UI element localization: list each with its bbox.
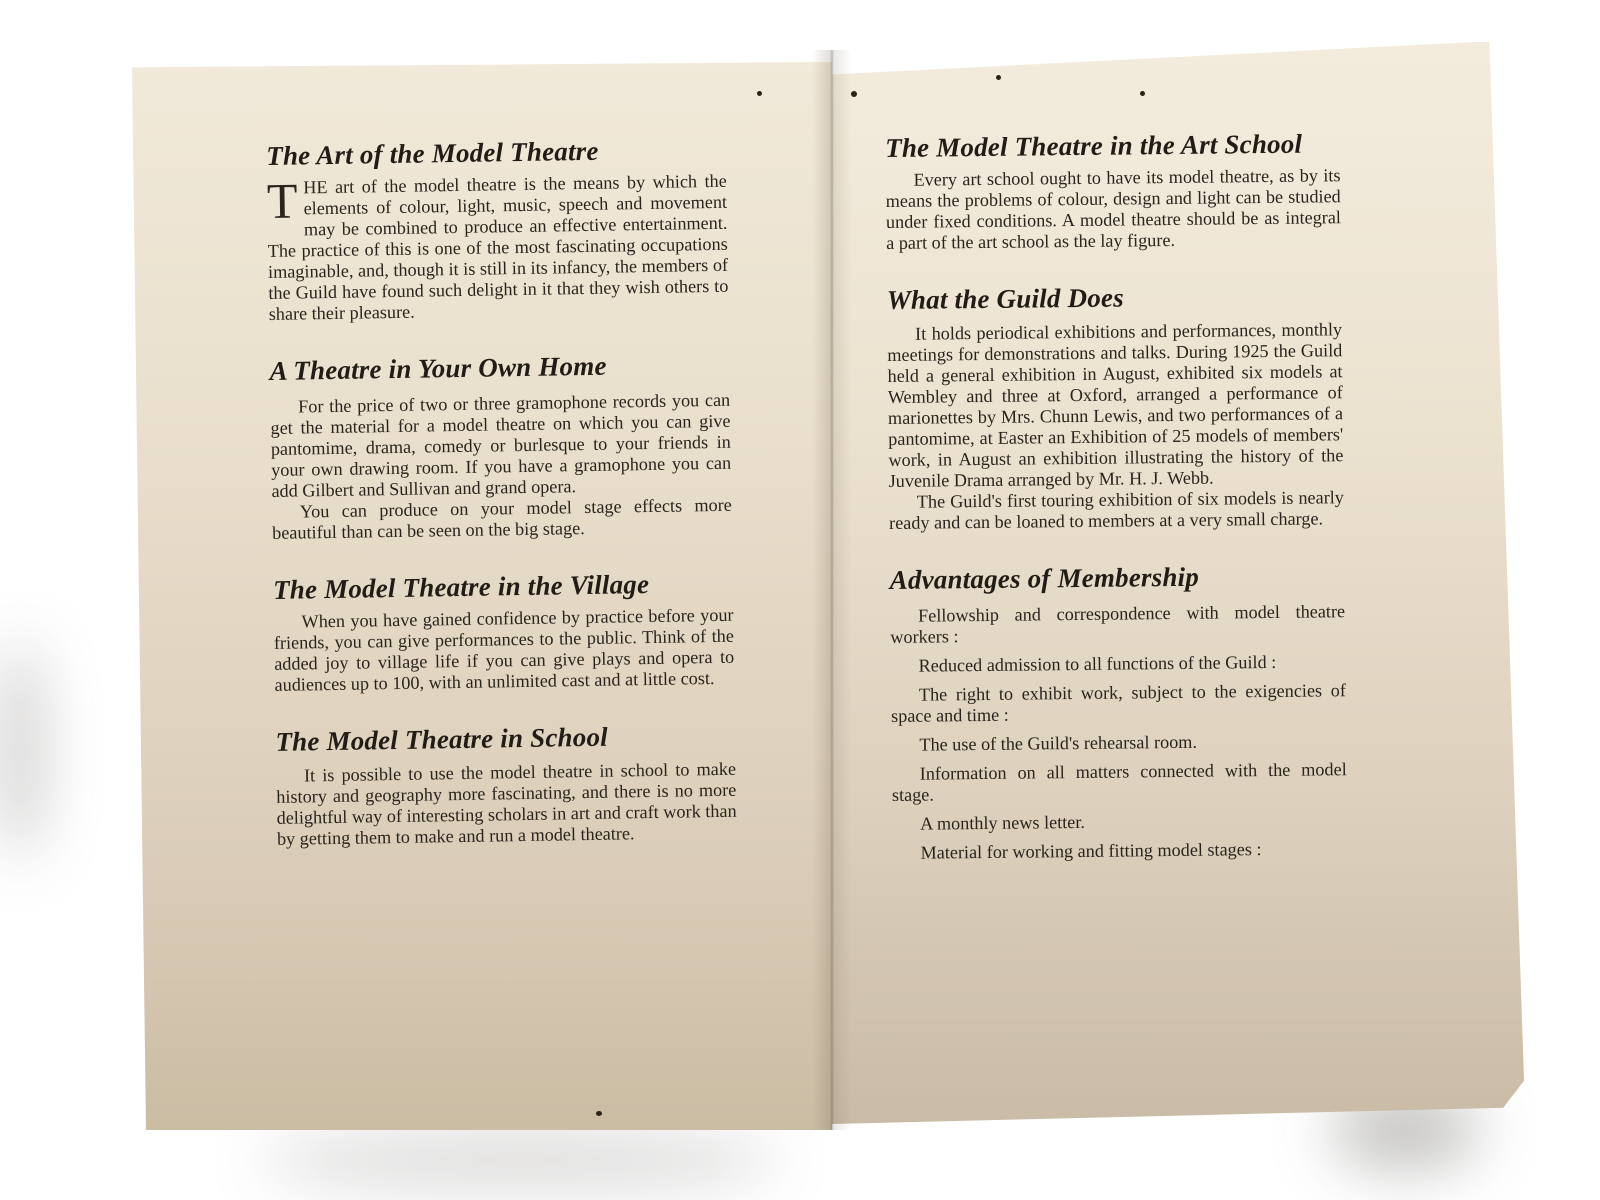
membership-benefit: The use of the Guild's rehearsal room. bbox=[891, 730, 1346, 756]
page-gutter bbox=[812, 50, 852, 1130]
membership-benefit: Information on all matters connected wit… bbox=[892, 759, 1347, 806]
section-heading: What the Guild Does bbox=[887, 279, 1342, 316]
membership-benefit: Material for working and fitting model s… bbox=[892, 838, 1347, 864]
section-heading: Advantages of Membership bbox=[890, 559, 1345, 596]
shadow-bottom bbox=[260, 1130, 780, 1190]
membership-benefit: Fellowship and correspondence with model… bbox=[890, 601, 1345, 648]
left-column: The Art of the Model Theatre THE art of … bbox=[266, 133, 737, 874]
staple-hole bbox=[1140, 91, 1145, 96]
section-paragraph: When you have gained confidence by pract… bbox=[273, 605, 734, 696]
section-guild-does: What the Guild Does It holds periodical … bbox=[887, 279, 1345, 534]
section-paragraph: It is possible to use the model theatre … bbox=[276, 759, 737, 850]
section-paragraph: It holds periodical exhibitions and perf… bbox=[887, 319, 1344, 492]
membership-benefit: A monthly news letter. bbox=[892, 809, 1347, 835]
paper-mark bbox=[996, 75, 1001, 80]
shadow-left bbox=[0, 640, 40, 860]
section-heading: The Model Theatre in the Art School bbox=[885, 127, 1340, 164]
section-heading: The Art of the Model Theatre bbox=[266, 133, 726, 172]
paragraph-text: HE art of the model theatre is the means… bbox=[268, 171, 729, 324]
section-art-school: The Model Theatre in the Art School Ever… bbox=[885, 127, 1341, 254]
drop-cap: T bbox=[267, 181, 298, 221]
section-heading: The Model Theatre in the Village bbox=[273, 567, 733, 606]
section-membership: Advantages of Membership Fellowship and … bbox=[890, 559, 1348, 864]
section-heading: The Model Theatre in School bbox=[275, 719, 735, 758]
membership-benefit: The right to exhibit work, subject to th… bbox=[891, 680, 1346, 727]
staple-hole bbox=[757, 91, 762, 96]
right-column: The Model Theatre in the Art School Ever… bbox=[885, 127, 1348, 888]
section-heading: A Theatre in Your Own Home bbox=[269, 348, 729, 387]
section-paragraph: Every art school ought to have its model… bbox=[885, 165, 1341, 254]
section-paragraph: The Guild's first touring exhibition of … bbox=[889, 487, 1344, 534]
staple-hole bbox=[851, 91, 857, 97]
section-paragraph: You can produce on your model stage effe… bbox=[272, 495, 733, 544]
staple-hole bbox=[596, 1111, 602, 1116]
membership-benefit: Reduced admission to all functions of th… bbox=[890, 651, 1345, 677]
section-village: The Model Theatre in the Village When yo… bbox=[273, 567, 735, 696]
section-paragraph: THE art of the model theatre is the mean… bbox=[267, 171, 729, 325]
section-theatre-in-home: A Theatre in Your Own Home For the price… bbox=[269, 348, 732, 544]
section-art-of-model-theatre: The Art of the Model Theatre THE art of … bbox=[266, 133, 729, 325]
section-school: The Model Theatre in School It is possib… bbox=[275, 719, 737, 850]
section-paragraph: For the price of two or three gramophone… bbox=[270, 390, 732, 502]
